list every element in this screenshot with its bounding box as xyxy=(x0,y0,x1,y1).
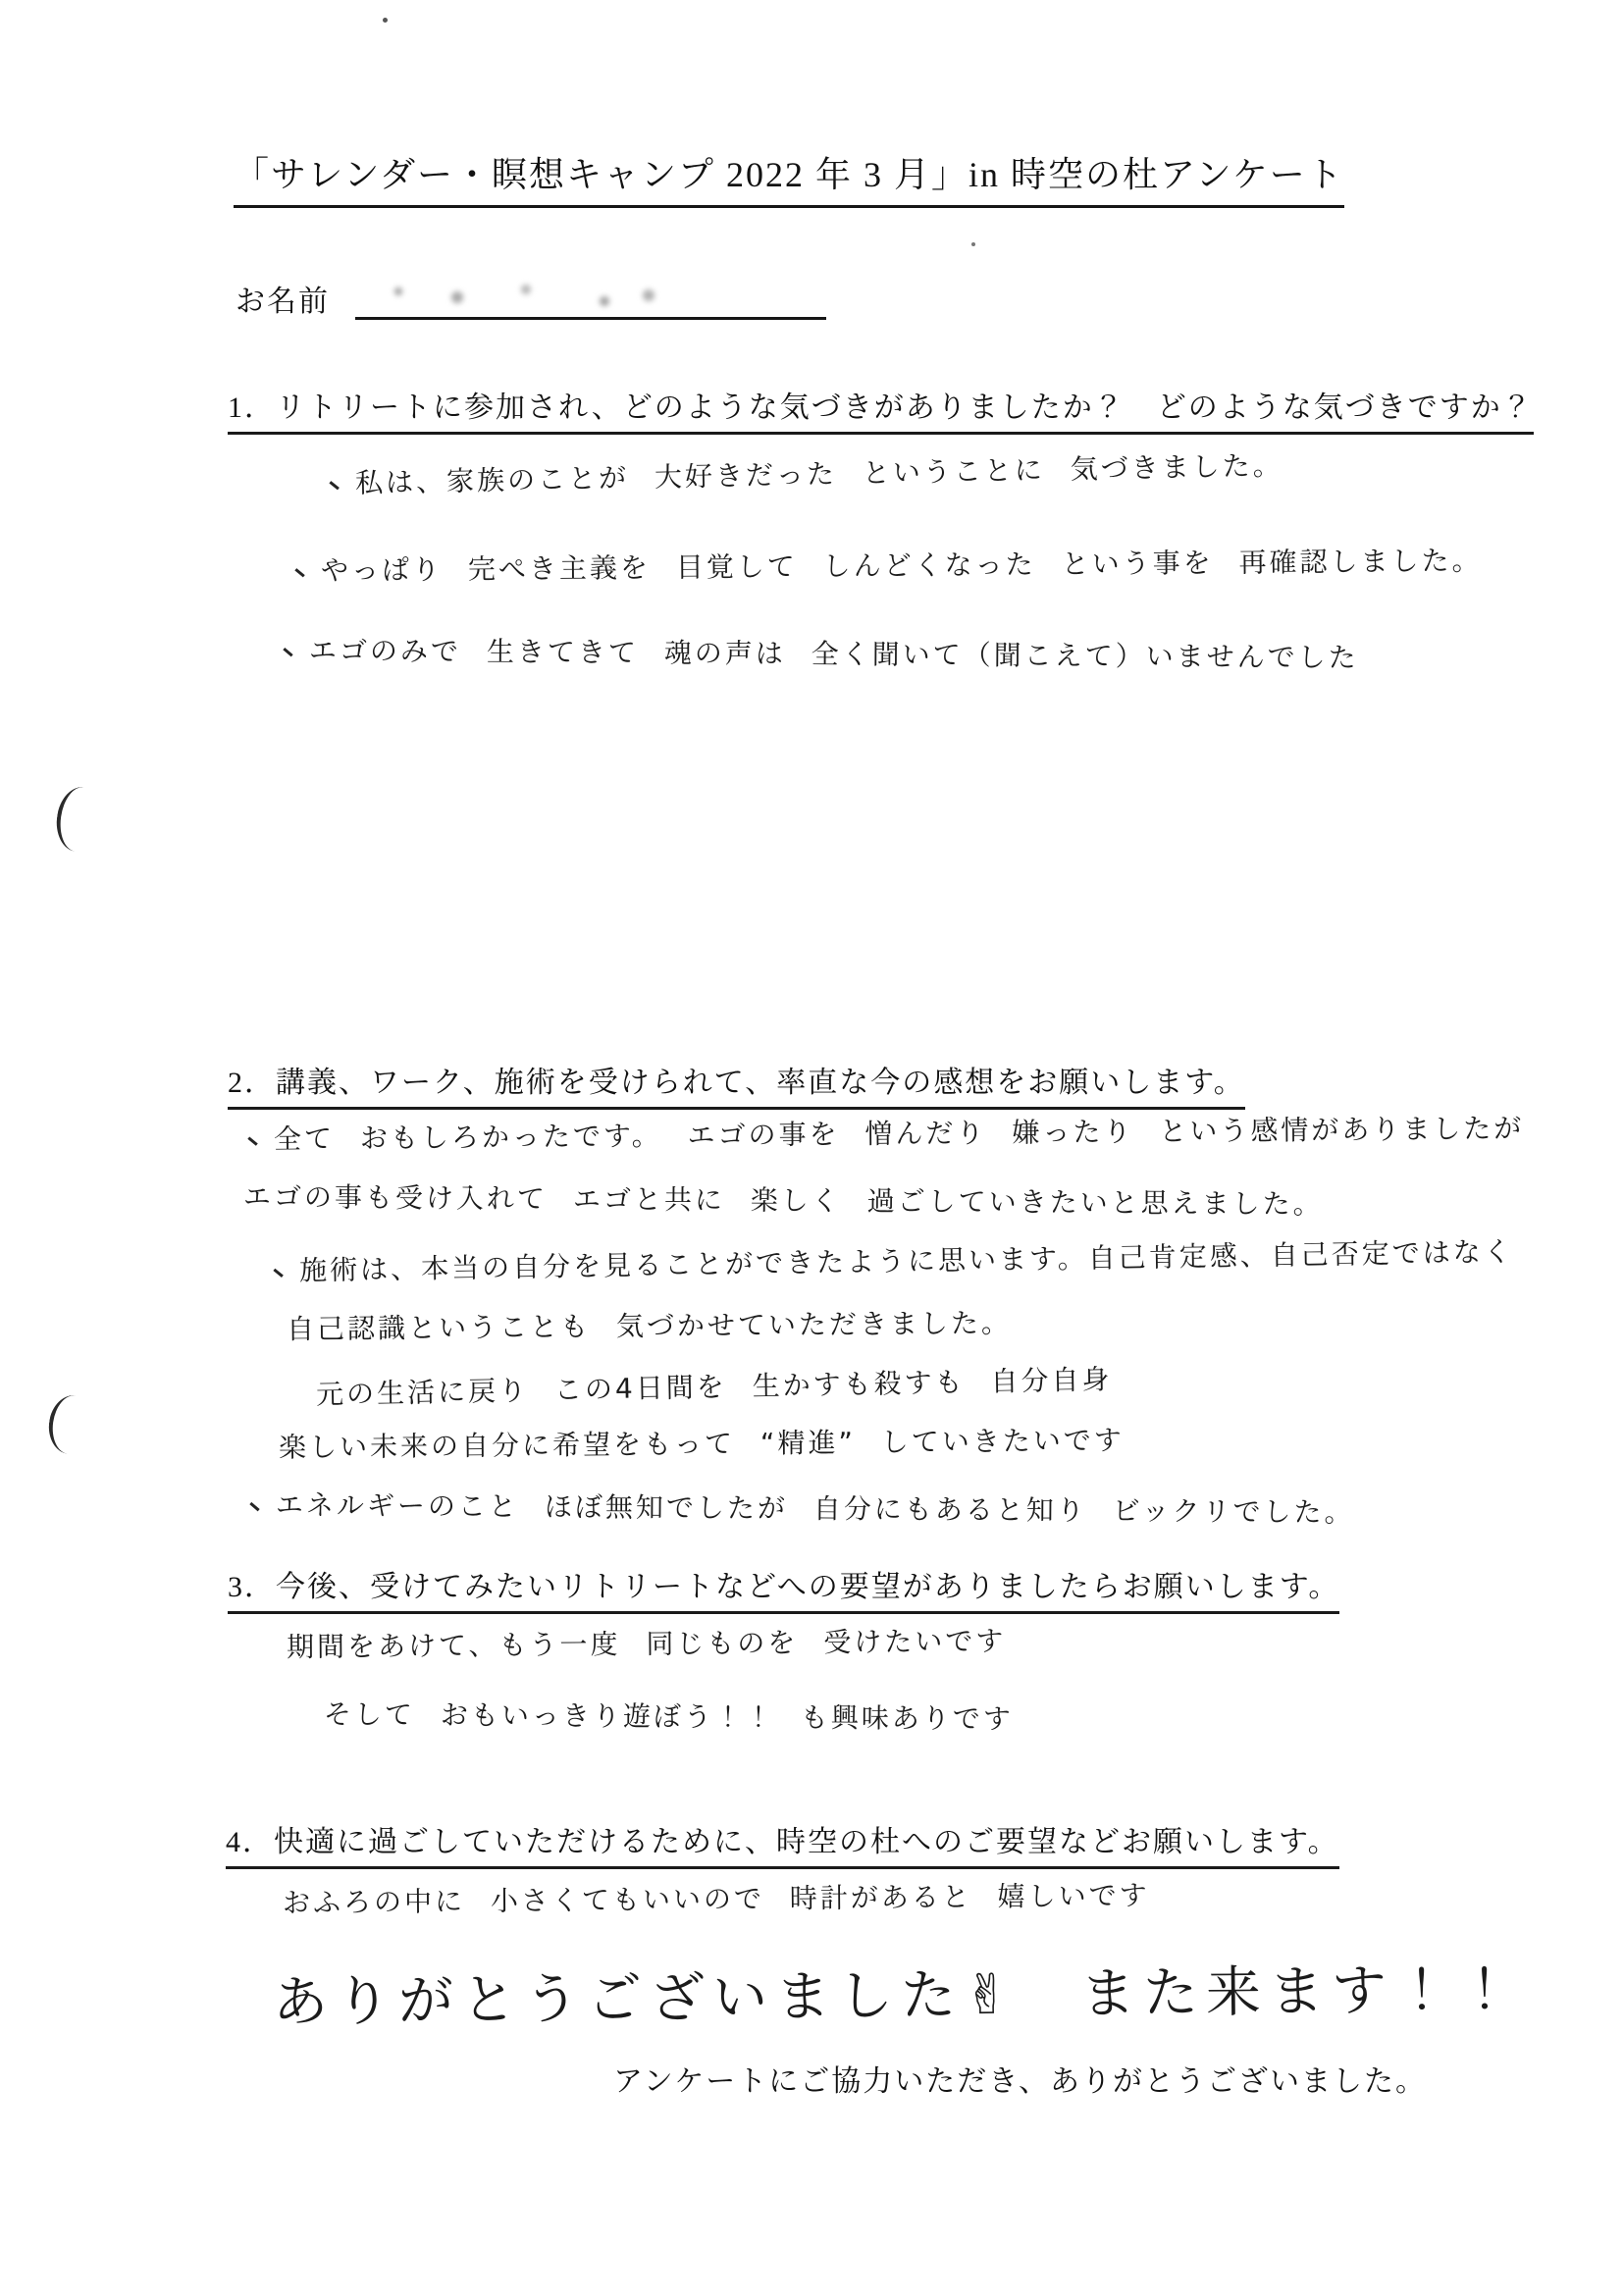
handwritten-answer: 自己認識ということも 気づかせていただきました。 xyxy=(287,1307,1012,1345)
scan-speck xyxy=(383,18,388,23)
handwritten-answer: 元の生活に戻り この4日間を 生かすも殺すも 自分自身 xyxy=(316,1363,1113,1411)
page-title: 「サレンダー・瞑想キャンプ 2022 年 3 月」in 時空の杜アンケート xyxy=(234,147,1344,208)
answer-line: 私は、家族のことが 大好きだった ということに 気づきました。 xyxy=(329,444,1283,502)
handwritten-answer: エネルギーのこと ほぼ無知でしたが 自分にもあると知り ビックリでした。 xyxy=(276,1488,1355,1529)
scan-speck xyxy=(971,242,975,246)
name-row: お名前 xyxy=(236,277,826,320)
answer-line: おふろの中に 小さくてもいいので 時計があると 嬉しいです xyxy=(283,1874,1150,1921)
pen-tick-icon xyxy=(329,481,339,490)
name-label: お名前 xyxy=(236,286,330,318)
pen-mark-curve xyxy=(45,1392,98,1457)
handwritten-answer: 楽しい未来の自分に希望をもって “精進” していきたいです xyxy=(279,1424,1125,1464)
handwritten-answer: エゴのみで 生きてきて 魂の声は 全く聞いて（聞こえて）いませんでした xyxy=(309,634,1359,673)
pen-tick-icon xyxy=(294,568,304,577)
pen-mark-curve xyxy=(53,784,107,855)
answer-line: エネルギーのこと ほぼ無知でしたが 自分にもあると知り ビックリでした。 xyxy=(249,1484,1355,1531)
handwritten-thanks: ありがとうございました✌ また来ます！！ xyxy=(273,1946,1521,2037)
handwritten-answer: エゴの事も受け入れて エゴと共に 楽しく 過ごしていきたいと思えました。 xyxy=(243,1180,1324,1221)
question-1-heading: 1．リトリートに参加され、どのような気づきがありましたか？ どのような気づきです… xyxy=(228,383,1534,435)
handwritten-answer: おふろの中に 小さくてもいいので 時計があると 嬉しいです xyxy=(283,1879,1150,1919)
handwritten-answer: そして おもいっきり遊ぼう！！ も興味ありです xyxy=(324,1698,1014,1736)
handwritten-answer: やっぱり 完ぺき主義を 目覚して しんどくなった という事を 再確認しました。 xyxy=(321,545,1483,587)
answer-line: 期間をあけて、もう一度 同じものを 受けたいです xyxy=(287,1620,1007,1665)
pen-tick-icon xyxy=(273,1268,283,1277)
handwritten-answer: 私は、家族のことが 大好きだった ということに 気づきました。 xyxy=(355,449,1283,499)
redacted-handwriting xyxy=(394,287,402,295)
question-3-heading: 3．今後、受けてみたいリトリートなどへの要望がありましたらお願いします。 xyxy=(228,1562,1339,1614)
pen-tick-icon xyxy=(283,648,292,656)
answer-line: 施術は、本当の自分を見ることができたように思います。自己肯定感、自己否定ではなく xyxy=(273,1230,1514,1289)
answer-line: そして おもいっきり遊ぼう！！ も興味ありです xyxy=(324,1694,1014,1738)
handwritten-answer: 期間をあけて、もう一度 同じものを 受けたいです xyxy=(287,1625,1007,1663)
scanned-questionnaire-page: 「サレンダー・瞑想キャンプ 2022 年 3 月」in 時空の杜アンケート お名… xyxy=(0,0,1623,2296)
answer-line: エゴの事も受け入れて エゴと共に 楽しく 過ごしていきたいと思えました。 xyxy=(243,1175,1324,1223)
answer-line: 自己認識ということも 気づかせていただきました。 xyxy=(287,1302,1012,1347)
answer-line: 元の生活に戻り この4日間を 生かすも殺すも 自分自身 xyxy=(316,1358,1113,1413)
answer-line: 楽しい未来の自分に希望をもって “精進” していきたいです xyxy=(279,1419,1125,1466)
name-value-redacted xyxy=(355,278,826,320)
handwritten-answer: 全て おもしろかったです。 エゴの事を 憎んだり 嫌ったり という感情がありまし… xyxy=(274,1112,1525,1155)
answer-line: 全て おもしろかったです。 エゴの事を 憎んだり 嫌ったり という感情がありまし… xyxy=(247,1107,1525,1157)
pen-tick-icon xyxy=(249,1501,259,1510)
question-2-heading: 2．講義、ワーク、施術を受けられて、率直な今の感想をお願いします。 xyxy=(228,1058,1245,1110)
pen-tick-icon xyxy=(247,1136,257,1145)
handwritten-answer: 施術は、本当の自分を見ることができたように思います。自己肯定感、自己否定ではなく xyxy=(299,1235,1514,1286)
answer-line: やっぱり 完ぺき主義を 目覚して しんどくなった という事を 再確認しました。 xyxy=(294,540,1483,590)
question-4-heading: 4．快適に過ごしていただけるために、時空の杜へのご要望などお願いします。 xyxy=(226,1817,1339,1869)
answer-line: エゴのみで 生きてきて 魂の声は 全く聞いて（聞こえて）いませんでした xyxy=(283,629,1359,676)
footer-note: アンケートにご協力いただき、ありがとうございました。 xyxy=(613,2057,1427,2100)
